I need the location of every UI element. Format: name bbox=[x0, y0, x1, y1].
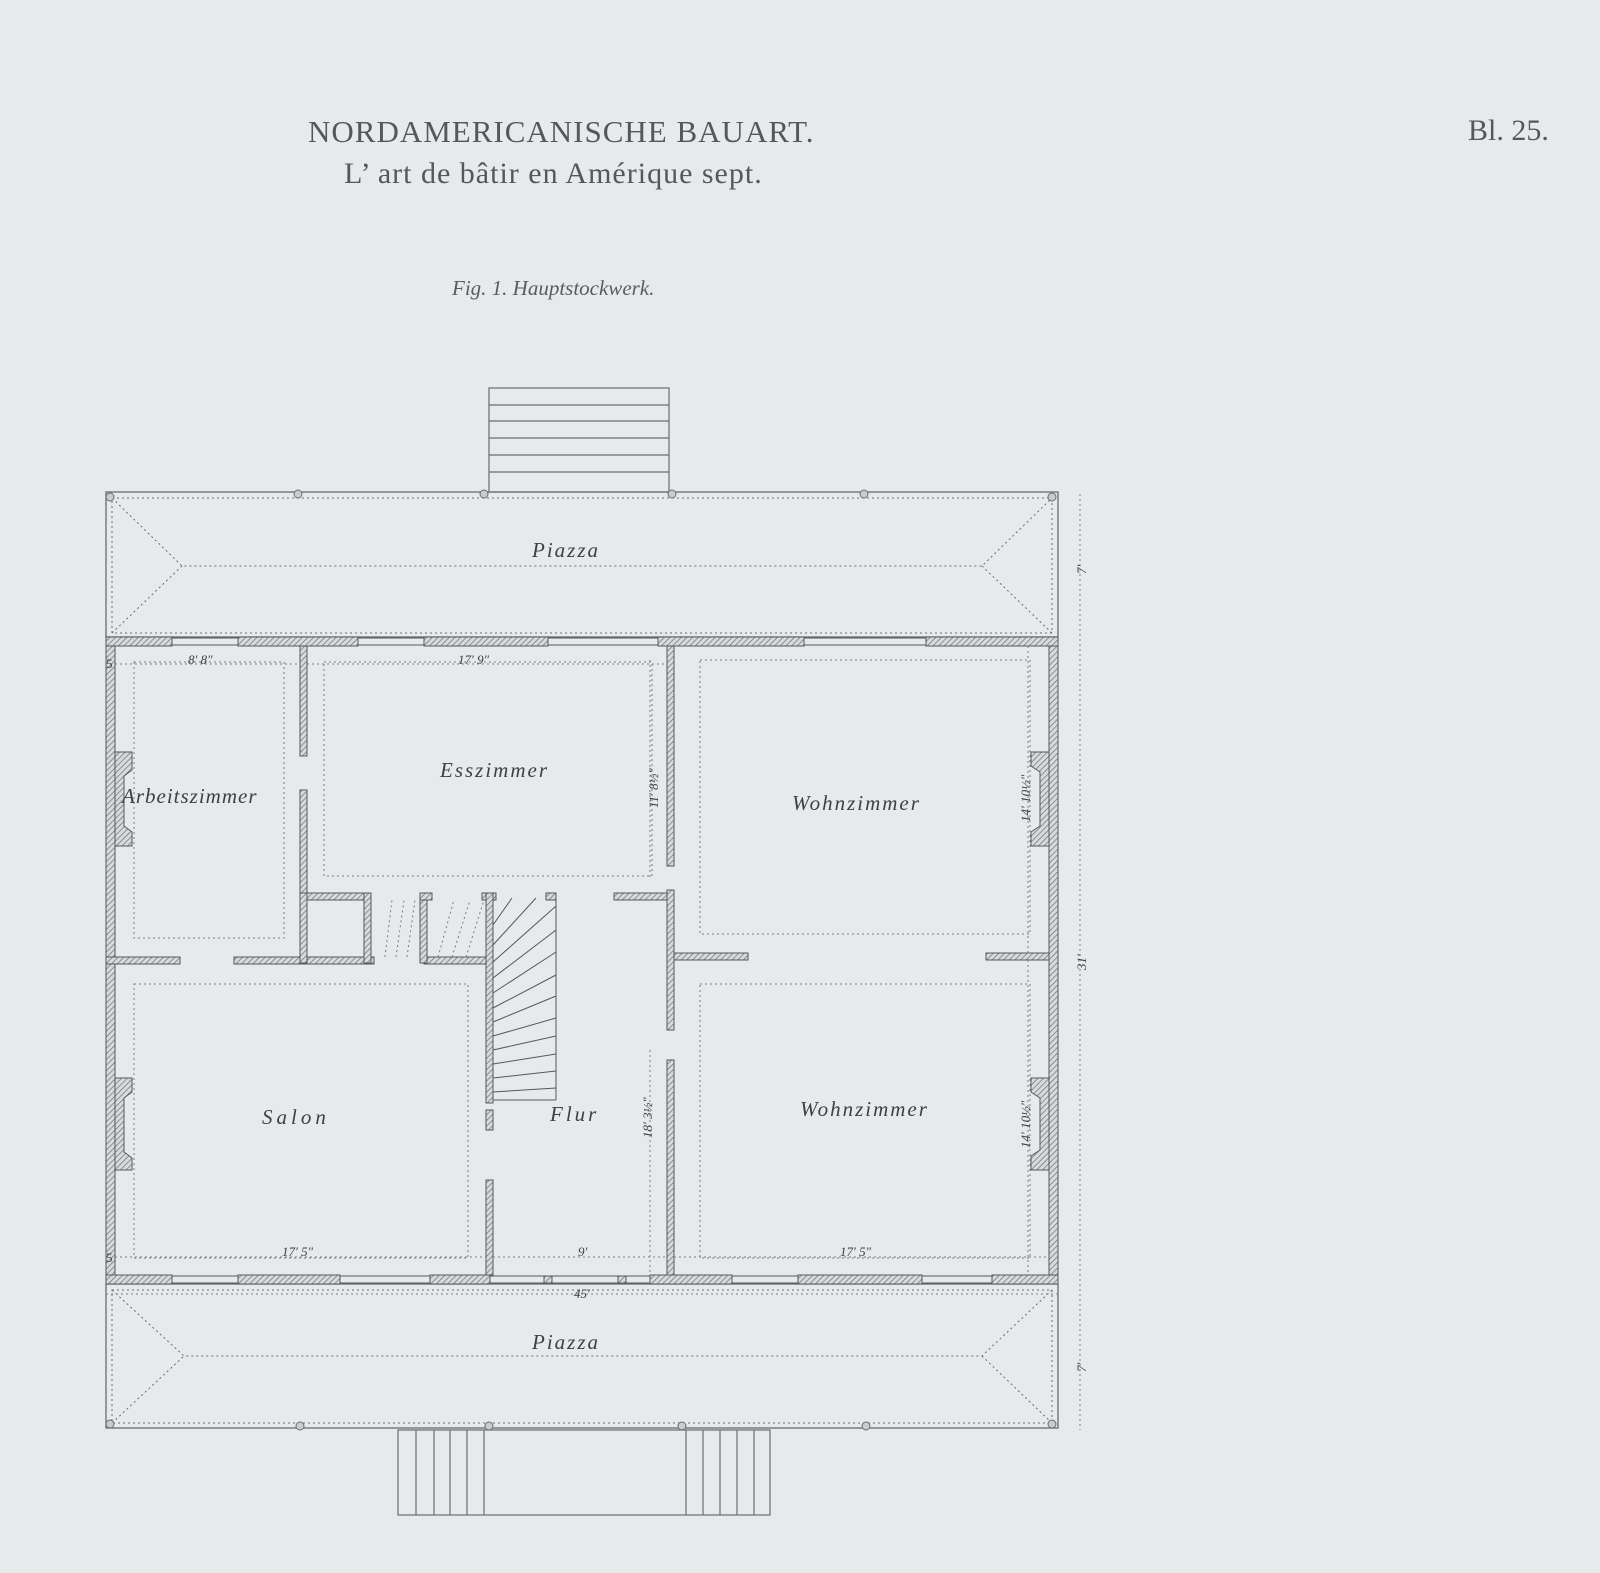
dim-esszimmer-depth: 11′ 8½″ bbox=[646, 768, 662, 808]
dim-wohnzimmer-top-depth: 14′ 10½″ bbox=[1018, 775, 1034, 822]
bottom-steps bbox=[398, 1430, 770, 1515]
dim-flur-width: 9′ bbox=[578, 1244, 587, 1260]
staircase bbox=[493, 898, 556, 1100]
room-label-salon: Salon bbox=[262, 1105, 330, 1130]
room-label-piazza-top: Piazza bbox=[532, 538, 600, 563]
room-label-esszimmer: Esszimmer bbox=[440, 758, 549, 783]
wall-mark-bottom: 5 bbox=[106, 1250, 113, 1266]
top-steps bbox=[489, 388, 669, 492]
dim-wohnzimmer-bottom-width: 17′ 5″ bbox=[840, 1244, 871, 1260]
bottom-piazza bbox=[106, 1284, 1058, 1430]
room-label-flur: Flur bbox=[550, 1102, 599, 1127]
cellar-stair bbox=[385, 900, 484, 957]
dim-total-width: 45′ bbox=[574, 1286, 590, 1302]
dim-flur-depth: 18′ 3½″ bbox=[640, 1097, 656, 1138]
top-piazza bbox=[106, 490, 1058, 637]
dim-piazza-top-depth: 7′ bbox=[1074, 565, 1090, 574]
interior-walls bbox=[106, 646, 1049, 1275]
dim-piazza-bottom-depth: 7′ bbox=[1074, 1363, 1090, 1372]
dim-salon-width: 17′ 5″ bbox=[282, 1244, 313, 1260]
dim-total-depth: 31′ bbox=[1074, 954, 1090, 970]
room-label-arbeitszimmer: Arbeitszimmer bbox=[122, 784, 258, 809]
dim-arbeitszimmer-width: 8′ 8″ bbox=[188, 652, 213, 668]
room-label-wohnzimmer-top: Wohnzimmer bbox=[792, 791, 921, 816]
dim-wohnzimmer-bottom-depth: 14′ 10½″ bbox=[1018, 1101, 1034, 1148]
room-label-wohnzimmer-bottom: Wohnzimmer bbox=[800, 1097, 929, 1122]
wall-mark-top: 5 bbox=[106, 656, 113, 672]
room-label-piazza-bottom: Piazza bbox=[532, 1330, 600, 1355]
dim-esszimmer-width: 17′ 9″ bbox=[458, 652, 489, 668]
